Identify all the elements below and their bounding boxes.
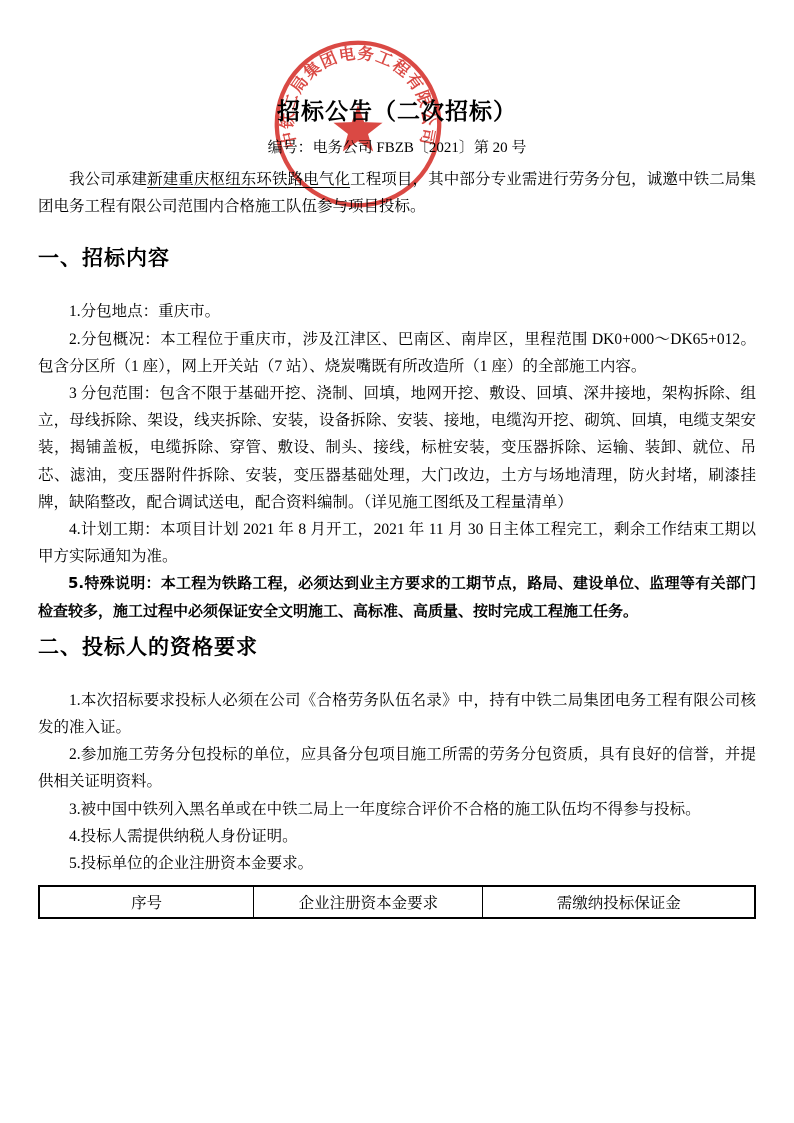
list-item-subcontract-location: 1.分包地点：重庆市。 (38, 298, 756, 325)
intro-project-name-underlined: 新建重庆枢纽东环铁路电气化 (147, 171, 350, 188)
table-header-row: 序号 企业注册资本金要求 需缴纳投标保证金 (39, 886, 755, 918)
section1-heading: 一、招标内容 (38, 245, 756, 272)
list-item-subcontract-overview: 2.分包概况：本工程位于重庆市，涉及江津区、巴南区、南岸区，里程范围 DK0+0… (38, 326, 756, 380)
list-item-qualification-license: 2.参加施工劳务分包投标的单位，应具备分包项目施工所需的劳务分包资质，具有良好的… (38, 741, 756, 795)
list-item-qualification-blacklist: 3.被中国中铁列入黑名单或在中铁二局上一年度综合评价不合格的施工队伍均不得参与投… (38, 796, 756, 823)
list-item-qualification-roster: 1.本次招标要求投标人必须在公司《合格劳务队伍名录》中，持有中铁二局集团电务工程… (38, 687, 756, 741)
list-item-special-notes: 5.特殊说明：本工程为铁路工程，必须达到业主方要求的工期节点，路局、建设单位、监… (38, 570, 756, 624)
document-page: 中铁二局集团电务工程有限公司 招标公告（二次招标） 编号：电务公司 FBZB〔2… (0, 0, 794, 1123)
document-content: 招标公告（二次招标） 编号：电务公司 FBZB〔2021〕第 20 号 我公司承… (0, 0, 794, 919)
list-item-taxpayer-id: 4.投标人需提供纳税人身份证明。 (38, 823, 756, 850)
doc-number: 编号：电务公司 FBZB〔2021〕第 20 号 (38, 138, 756, 159)
page-title: 招标公告（二次招标） (38, 0, 756, 126)
capital-requirement-table: 序号 企业注册资本金要求 需缴纳投标保证金 (38, 885, 756, 919)
table-header-index: 序号 (39, 886, 254, 918)
section2-heading: 二、投标人的资格要求 (38, 634, 756, 661)
intro-paragraph: 我公司承建新建重庆枢纽东环铁路电气化工程项目，其中部分专业需进行劳务分包，诚邀中… (38, 166, 756, 220)
table-header-bid-deposit: 需缴纳投标保证金 (483, 886, 755, 918)
list-item-planned-schedule: 4.计划工期：本项目计划 2021 年 8 月开工，2021 年 11 月 30… (38, 516, 756, 570)
list-item-registered-capital: 5.投标单位的企业注册资本金要求。 (38, 850, 756, 877)
intro-text-before: 我公司承建 (69, 171, 147, 188)
list-item-subcontract-scope: 3 分包范围：包含不限于基础开挖、浇制、回填，地网开挖、敷设、回填、深井接地，架… (38, 380, 756, 516)
table-header-registered-capital: 企业注册资本金要求 (254, 886, 483, 918)
